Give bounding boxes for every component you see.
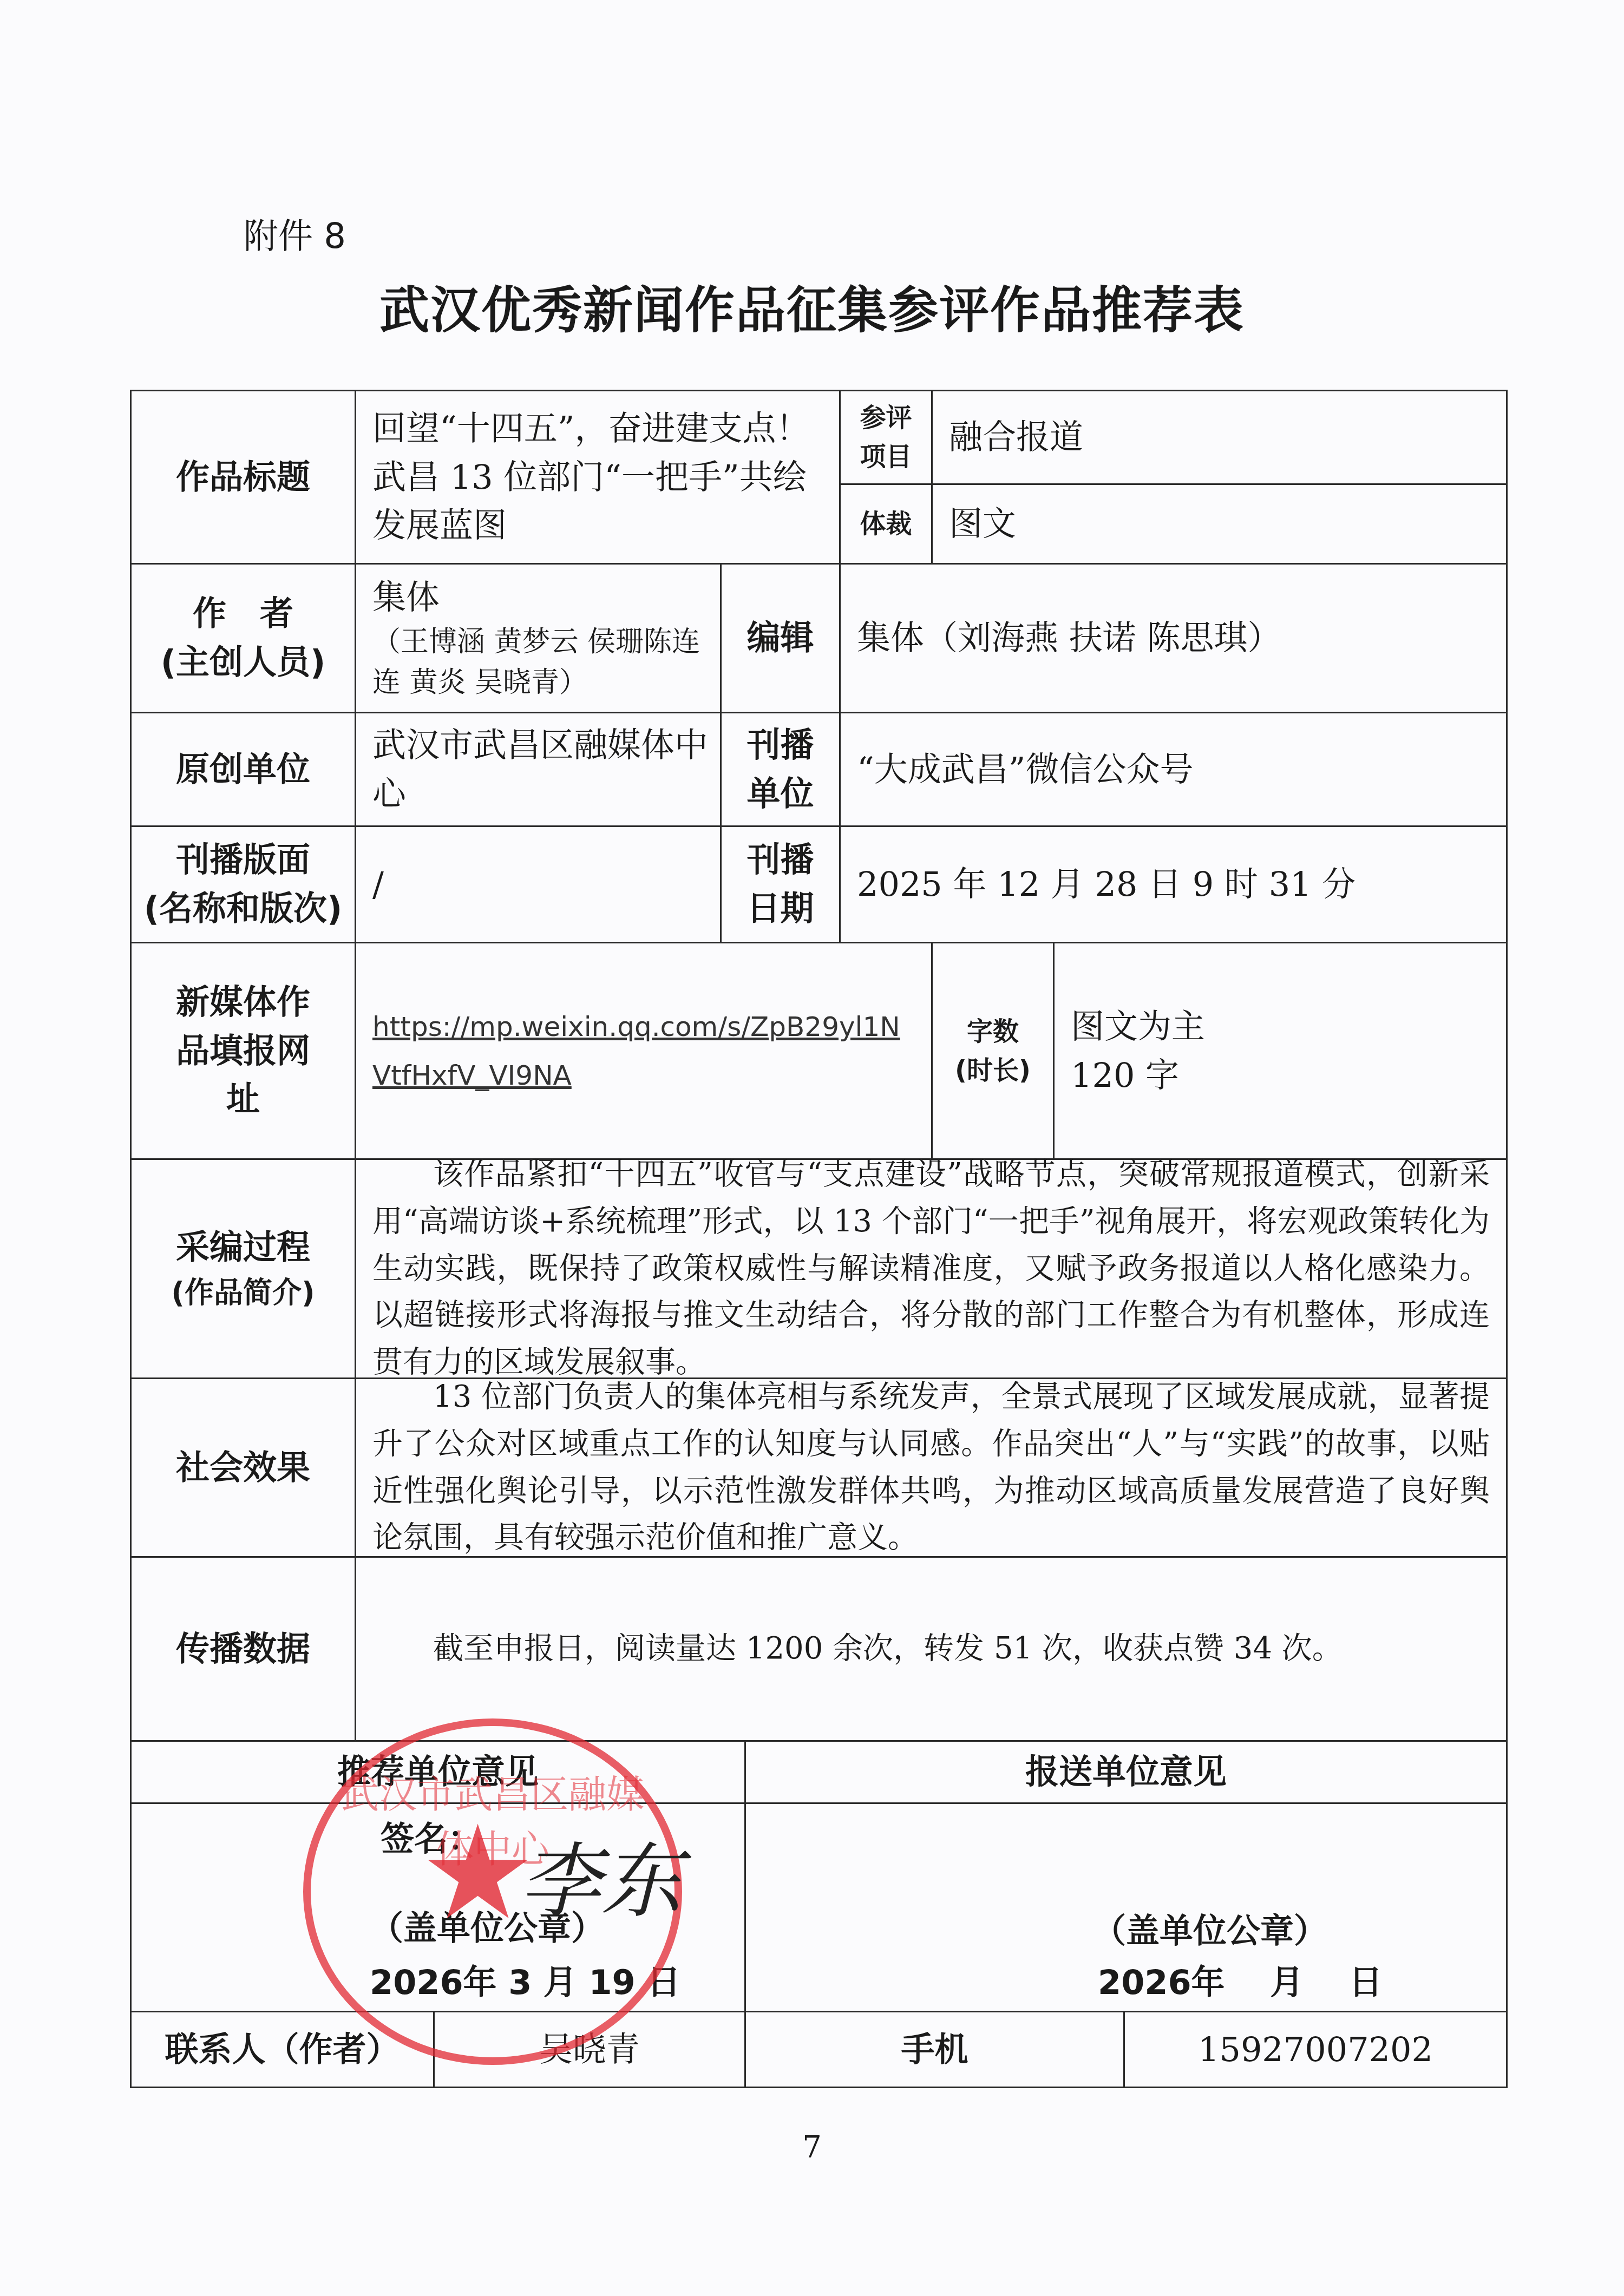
editing-process-label: 采编过程 xyxy=(176,1223,310,1272)
dissemination-label: 传播数据 xyxy=(176,1625,310,1674)
category-label: 参评项目 xyxy=(856,398,916,476)
genre-label-cell: 体裁 xyxy=(839,483,933,565)
handwritten-signature: 李东 xyxy=(520,1816,682,1933)
page-number: 7 xyxy=(0,2130,1624,2165)
submit-opinion-body: （盖单位公章） 2026年 月 日 xyxy=(744,1802,1508,2012)
publish-page-label-cell: 刊播版面 (名称和版次) xyxy=(130,825,356,943)
contact-name: 吴晓青 xyxy=(539,2025,640,2074)
author-label: 作 者 xyxy=(193,589,293,638)
word-count-label: 字数 xyxy=(967,1012,1019,1051)
work-title-value-cell: 回望“十四五”，奋进建支点！武昌 13 位部门“一把手”共绘发展蓝图 xyxy=(355,390,841,565)
original-unit-value-cell: 武汉市武昌区融媒体中心 xyxy=(355,712,722,827)
editor-value-cell: 集体（刘海燕 扶诺 陈思琪） xyxy=(839,563,1508,713)
new-media-url-value-cell: https://mp.weixin.qq.com/s/ZpB29yl1NVtfH… xyxy=(355,942,933,1160)
editing-process-value-cell: 该作品紧扣“十四五”收官与“支点建设”战略节点，突破常规报道模式，创新采用“高端… xyxy=(355,1158,1508,1379)
publish-date-value: 2025 年 12 月 28 日 9 时 31 分 xyxy=(857,860,1355,909)
publish-page-label-sub: (名称和版次) xyxy=(144,884,343,933)
editor-value: 集体（刘海燕 扶诺 陈思琪） xyxy=(857,614,1281,662)
social-effect-label: 社会效果 xyxy=(176,1444,310,1492)
submit-date: 2026年 月 日 xyxy=(1098,1958,1383,2007)
editor-label-cell: 编辑 xyxy=(720,563,841,713)
contact-label-cell: 联系人（作者） xyxy=(130,2011,435,2088)
submit-opinion-header-cell: 报送单位意见 xyxy=(744,1740,1508,1804)
publish-unit-label: 刊播单位 xyxy=(745,721,816,818)
recommend-date: 2026年 3 月 19 日 xyxy=(370,1958,680,2007)
work-title-value: 回望“十四五”，奋进建支点！武昌 13 位部门“一把手”共绘发展蓝图 xyxy=(372,404,828,550)
phone-label: 手机 xyxy=(901,2025,968,2074)
phone-value-cell: 15927007202 xyxy=(1123,2011,1508,2088)
editing-process-label-sub: (作品简介) xyxy=(171,1272,315,1314)
recommend-opinion-header: 推荐单位意见 xyxy=(337,1748,539,1796)
work-title-label-cell: 作品标题 xyxy=(130,390,356,565)
sign-label: 签名： xyxy=(381,1815,481,1864)
publish-page-value: / xyxy=(372,860,384,909)
publish-unit-label-cell: 刊播单位 xyxy=(720,712,841,827)
word-count-label-sub: (时长) xyxy=(955,1051,1031,1090)
dissemination-label-cell: 传播数据 xyxy=(130,1556,356,1742)
recommend-opinion-header-cell: 推荐单位意见 xyxy=(130,1740,746,1804)
publish-page-label: 刊播版面 xyxy=(176,836,310,884)
new-media-url-label-cell: 新媒体作品填报网址 xyxy=(130,942,356,1160)
contact-name-cell: 吴晓青 xyxy=(433,2011,746,2088)
phone-value: 15927007202 xyxy=(1198,2025,1433,2074)
new-media-url-link[interactable]: https://mp.weixin.qq.com/s/ZpB29yl1NVtfH… xyxy=(372,1002,914,1100)
category-label-cell: 参评项目 xyxy=(839,390,933,485)
document-title: 武汉优秀新闻作品征集参评作品推荐表 xyxy=(0,271,1624,342)
new-media-url-label: 新媒体作品填报网址 xyxy=(162,978,324,1124)
genre-value-cell: 图文 xyxy=(931,483,1508,565)
word-count-type: 图文为主 xyxy=(1071,1002,1205,1051)
genre-label: 体裁 xyxy=(860,504,912,543)
social-effect-value-cell: 13 位部门负责人的集体亮相与系统发声，全景式展现了区域发展成就，显著提升了公众… xyxy=(355,1377,1508,1558)
word-count-label-cell: 字数 (时长) xyxy=(931,942,1055,1160)
original-unit-label-cell: 原创单位 xyxy=(130,712,356,827)
work-title-label: 作品标题 xyxy=(176,453,310,502)
author-label-sub: (主创人员) xyxy=(161,638,326,687)
publish-unit-value: “大成武昌”微信公众号 xyxy=(857,745,1193,794)
editor-label: 编辑 xyxy=(746,614,814,662)
word-count-value: 120 字 xyxy=(1071,1051,1179,1100)
word-count-value-cell: 图文为主 120 字 xyxy=(1053,942,1508,1160)
publish-date-value-cell: 2025 年 12 月 28 日 9 时 31 分 xyxy=(839,825,1508,943)
social-effect-label-cell: 社会效果 xyxy=(130,1377,356,1558)
publish-date-label: 刊播日期 xyxy=(745,836,816,933)
dissemination-value-cell: 截至申报日，阅读量达 1200 余次，转发 51 次，收获点赞 34 次。 xyxy=(355,1556,1508,1742)
author-value-cell: 集体 （王博涵 黄梦云 侯珊陈连连 黄炎 吴晓青） xyxy=(355,563,722,713)
submit-opinion-header: 报送单位意见 xyxy=(1025,1748,1227,1796)
dissemination-text: 截至申报日，阅读量达 1200 余次，转发 51 次，收获点赞 34 次。 xyxy=(356,1620,1359,1678)
publish-unit-value-cell: “大成武昌”微信公众号 xyxy=(839,712,1508,827)
submit-seal-label: （盖单位公章） xyxy=(1092,1907,1327,1956)
original-unit-label: 原创单位 xyxy=(176,745,310,794)
contact-label: 联系人（作者） xyxy=(165,2025,400,2074)
attachment-label: 附件 8 xyxy=(244,208,346,258)
publish-date-label-cell: 刊播日期 xyxy=(720,825,841,943)
category-value-cell: 融合报道 xyxy=(931,390,1508,485)
editing-process-label-cell: 采编过程 (作品简介) xyxy=(130,1158,356,1379)
genre-value: 图文 xyxy=(949,500,1016,548)
publish-page-value-cell: / xyxy=(355,825,722,943)
editing-process-text: 该作品紧扣“十四五”收官与“支点建设”战略节点，突破常规报道模式，创新采用“高端… xyxy=(356,1146,1506,1392)
social-effect-text: 13 位部门负责人的集体亮相与系统发声，全景式展现了区域发展成就，显著提升了公众… xyxy=(356,1368,1506,1567)
author-label-cell: 作 者 (主创人员) xyxy=(130,563,356,713)
category-value: 融合报道 xyxy=(949,413,1083,462)
phone-label-cell: 手机 xyxy=(744,2011,1125,2088)
author-members: （王博涵 黄梦云 侯珊陈连连 黄炎 吴晓青） xyxy=(372,622,709,704)
author-value: 集体 xyxy=(372,573,440,622)
original-unit-value: 武汉市武昌区融媒体中心 xyxy=(372,721,709,818)
